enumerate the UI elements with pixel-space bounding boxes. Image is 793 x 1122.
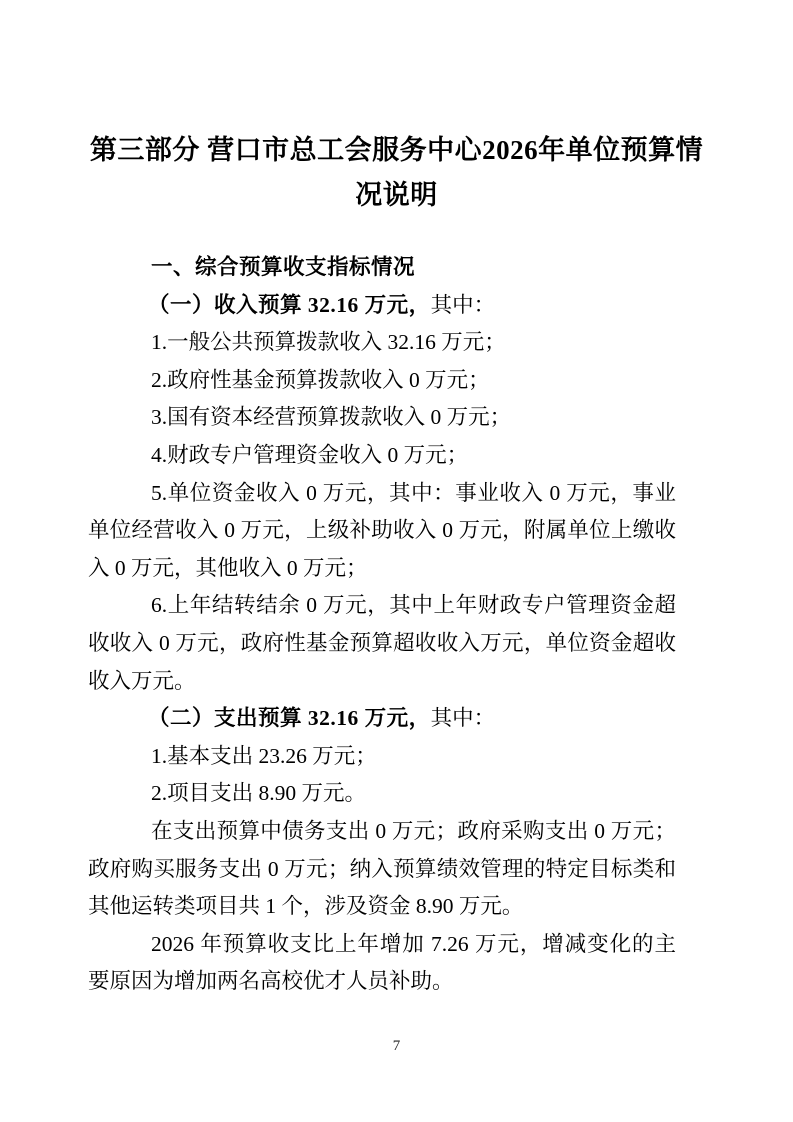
expenditure-item-basic: 1.基本支出 23.26 万元； bbox=[88, 738, 676, 776]
expenditure-note-details: 在支出预算中债务支出 0 万元；政府采购支出 0 万元；政府购买服务支出 0 万… bbox=[88, 813, 676, 926]
income-budget-heading: （一）收入预算 32.16 万元，其中： bbox=[88, 287, 676, 325]
expenditure-budget-heading-rest: 其中： bbox=[431, 706, 496, 730]
income-item-general-public-budget: 1.一般公共预算拨款收入 32.16 万元； bbox=[88, 324, 676, 362]
income-budget-heading-rest: 其中： bbox=[431, 293, 496, 317]
income-item-state-capital: 3.国有资本经营预算拨款收入 0 万元； bbox=[88, 399, 676, 437]
income-budget-heading-bold: （一）收入预算 32.16 万元， bbox=[148, 293, 431, 317]
expenditure-budget-heading-bold: （二）支出预算 32.16 万元， bbox=[148, 706, 431, 730]
expenditure-item-project: 2.项目支出 8.90 万元。 bbox=[88, 775, 676, 813]
income-item-unit-funds: 5.单位资金收入 0 万元，其中：事业收入 0 万元，事业单位经营收入 0 万元… bbox=[88, 475, 676, 588]
document-title-line-1: 第三部分 营口市总工会服务中心2026年单位预算情 bbox=[70, 128, 723, 173]
expenditure-budget-heading: （二）支出预算 32.16 万元，其中： bbox=[88, 700, 676, 738]
document-title: 第三部分 营口市总工会服务中心2026年单位预算情 况说明 bbox=[70, 128, 723, 218]
income-item-government-fund: 2.政府性基金预算拨款收入 0 万元； bbox=[88, 362, 676, 400]
page-number: 7 bbox=[0, 1038, 793, 1055]
document-page: 第三部分 营口市总工会服务中心2026年单位预算情 况说明 一、综合预算收支指标… bbox=[0, 0, 793, 1122]
document-title-line-2: 况说明 bbox=[70, 173, 723, 218]
document-body: 一、综合预算收支指标情况 （一）收入预算 32.16 万元，其中： 1.一般公共… bbox=[88, 249, 676, 1001]
section-heading-comprehensive-budget: 一、综合预算收支指标情况 bbox=[88, 249, 676, 287]
income-item-carryover: 6.上年结转结余 0 万元，其中上年财政专户管理资金超收收入 0 万元，政府性基… bbox=[88, 587, 676, 700]
income-item-fiscal-special-account: 4.财政专户管理资金收入 0 万元； bbox=[88, 437, 676, 475]
expenditure-note-yearly-change: 2026 年预算收支比上年增加 7.26 万元，增减变化的主要原因为增加两名高校… bbox=[88, 926, 676, 1001]
